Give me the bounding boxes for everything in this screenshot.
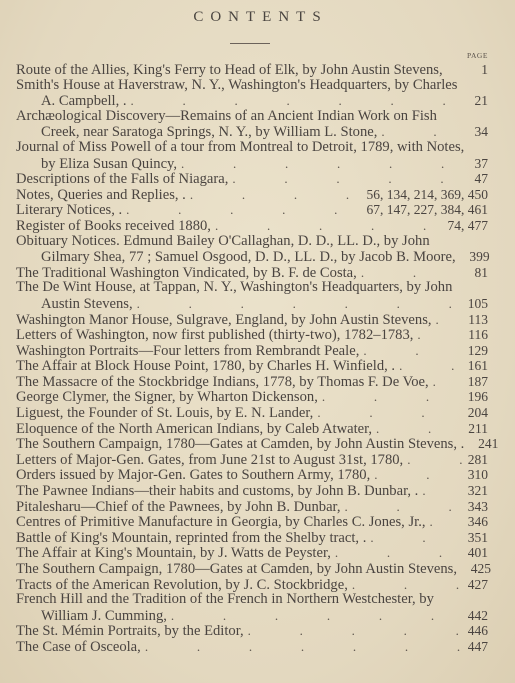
dot-leader (413, 327, 464, 343)
entry-page-number: 346 (464, 514, 488, 530)
entry-page-number: 56, 134, 214, 369, 450 (367, 187, 489, 203)
entry-page-number: 241 (474, 436, 498, 452)
entry-title: Gilmary Shea, 77 ; Samuel Osgood, D. D.,… (41, 250, 456, 266)
entry-page-number: 204 (464, 405, 488, 421)
dot-leader (177, 156, 464, 172)
entry-title-line: Letters of Washington, now first publish… (16, 327, 488, 343)
contents-entry: Tracts of the American Revolution, by J.… (16, 577, 488, 593)
title-divider (230, 43, 270, 44)
entry-page-number: 427 (464, 577, 488, 593)
entry-title-line: Eloquence of the North American Indians,… (16, 421, 488, 437)
entry-continuation-line: William J. Cumming,442 (16, 608, 488, 624)
entry-title-line: Route of the Allies, King's Ferry to Hea… (16, 62, 488, 78)
entry-title-line: Obituary Notices. Edmund Bailey O'Callag… (16, 234, 488, 250)
entry-page-number: 196 (464, 389, 488, 405)
dot-leader (426, 514, 465, 530)
entry-title: Austin Stevens, (41, 297, 133, 313)
dot-leader (313, 405, 464, 421)
entry-title: The Pawnee Indians—their habits and cust… (16, 484, 418, 500)
entry-title: William J. Cumming, (41, 609, 167, 625)
entry-page-number: 211 (464, 421, 488, 437)
entry-title: Pitalesharu—Chief of the Pawnees, by Joh… (16, 500, 340, 516)
entry-continuation-line: Creek, near Saratoga Springs, N. Y., by … (16, 124, 488, 140)
contents-entry: Washington Manor House, Sulgrave, Englan… (16, 312, 488, 328)
entry-page-number: 351 (464, 530, 488, 546)
entry-page-number: 129 (464, 343, 488, 359)
entry-page-number: 399 (466, 249, 490, 265)
entry-page-number: 187 (464, 374, 488, 390)
entry-title-line: The Southern Campaign, 1780—Gates at Cam… (16, 561, 488, 577)
entry-title: Notes, Queries and Replies, . (16, 188, 186, 204)
entry-title: Letters of Washington, now first publish… (16, 328, 413, 344)
entry-title-line: The De Wint House, at Tappan, N. Y., Was… (16, 280, 488, 296)
dot-leader (133, 296, 464, 312)
entry-page-number: 67, 147, 227, 384, 461 (367, 202, 489, 218)
contents-entry: The Southern Campaign, 1780—Gates at Cam… (16, 561, 488, 577)
contents-entry: The Massacre of the Stockbridge Indians,… (16, 374, 488, 390)
entry-title: The De Wint House, at Tappan, N. Y., Was… (16, 280, 452, 296)
contents-entry: Archæological Discovery—Remains of an An… (16, 109, 488, 140)
entry-title-line: The Case of Osceola,447 (16, 639, 488, 655)
entry-title-line: Washington Manor House, Sulgrave, Englan… (16, 312, 488, 328)
entry-title-line: The Traditional Washington Vindicated, b… (16, 265, 488, 281)
entry-title: Centres of Primitive Manufacture in Geor… (16, 515, 426, 531)
entry-title-line: Tracts of the American Revolution, by J.… (16, 577, 488, 593)
entry-title-line: Archæological Discovery—Remains of an An… (16, 109, 488, 125)
dot-leader (331, 545, 464, 561)
entry-title-line: Notes, Queries and Replies, .56, 134, 21… (16, 187, 488, 203)
entry-page-number: 343 (464, 499, 488, 515)
dot-leader (366, 530, 464, 546)
contents-entry: Literary Notices, .67, 147, 227, 384, 46… (16, 202, 488, 218)
contents-entry: Notes, Queries and Replies, .56, 134, 21… (16, 187, 488, 203)
entry-page-number: 161 (464, 358, 488, 374)
dot-leader (418, 483, 464, 499)
entry-page-number: 321 (464, 483, 488, 499)
entry-title: Archæological Discovery—Remains of an An… (16, 109, 437, 125)
entry-title: Washington Portraits—Four letters from R… (16, 344, 359, 360)
entry-title-line: The Massacre of the Stockbridge Indians,… (16, 374, 488, 390)
entry-continuation-line: A. Campbell, .21 (16, 93, 488, 109)
contents-entry: Liguest, the Founder of St. Louis, by E.… (16, 405, 488, 421)
entry-page-number: 1 (464, 62, 488, 78)
entry-page-number: 116 (464, 327, 488, 343)
contents-page: CONTENTS PAGE Route of the Allies, King'… (0, 0, 515, 683)
entry-title-line: The Affair at King's Mountain, by J. Wat… (16, 545, 488, 561)
entry-page-number: 425 (467, 561, 491, 577)
entry-title: by Eliza Susan Quincy, (41, 157, 177, 173)
entry-title: Eloquence of the North American Indians,… (16, 422, 372, 438)
entry-continuation-line: Gilmary Shea, 77 ; Samuel Osgood, D. D.,… (16, 249, 488, 265)
contents-entry: Centres of Primitive Manufacture in Geor… (16, 514, 488, 530)
entry-page-number: 310 (464, 467, 488, 483)
entry-title-line: Register of Books received 1880,74, 477 (16, 218, 488, 234)
entry-page-number: 105 (464, 296, 488, 312)
entry-continuation-line: by Eliza Susan Quincy,37 (16, 156, 488, 172)
entry-page-number: 446 (464, 623, 488, 639)
dot-leader (244, 623, 464, 639)
contents-entry: George Clymer, the Signer, by Wharton Di… (16, 389, 488, 405)
entry-title-line: Literary Notices, .67, 147, 227, 384, 46… (16, 202, 488, 218)
contents-entry: Orders issued by Major-Gen. Gates to Sou… (16, 467, 488, 483)
entry-title: The Massacre of the Stockbridge Indians,… (16, 375, 429, 391)
dot-leader (167, 608, 464, 624)
entry-title-line: Orders issued by Major-Gen. Gates to Sou… (16, 467, 488, 483)
entry-title: Liguest, the Founder of St. Louis, by E.… (16, 406, 313, 422)
entry-page-number: 21 (464, 93, 488, 109)
entry-title: Literary Notices, . (16, 203, 122, 219)
entry-title: Battle of King's Mountain, reprinted fro… (16, 531, 366, 547)
contents-entry: The Affair at King's Mountain, by J. Wat… (16, 545, 488, 561)
entry-page-number: 74, 477 (448, 218, 489, 234)
entry-title-line: Smith's House at Haverstraw, N. Y., Wash… (16, 78, 488, 94)
dot-leader (141, 639, 464, 655)
entry-title-line: Liguest, the Founder of St. Louis, by E.… (16, 405, 488, 421)
contents-entry: French Hill and the Tradition of the Fre… (16, 592, 488, 623)
dot-leader (429, 374, 464, 390)
dot-leader (318, 389, 464, 405)
dot-leader (370, 467, 464, 483)
contents-entry: Smith's House at Haverstraw, N. Y., Wash… (16, 78, 488, 109)
entry-title: Letters of Major-Gen. Gates, from June 2… (16, 453, 403, 469)
dot-leader (357, 265, 464, 281)
page-title: CONTENTS (0, 9, 515, 26)
dot-leader (377, 124, 464, 140)
entry-page-number: 81 (464, 265, 488, 281)
contents-entry: Battle of King's Mountain, reprinted fro… (16, 530, 488, 546)
entry-page-number: 442 (464, 608, 488, 624)
dot-leader (395, 358, 464, 374)
entry-title: French Hill and the Tradition of the Fre… (16, 592, 434, 608)
contents-entry: Eloquence of the North American Indians,… (16, 421, 488, 437)
contents-entry: Letters of Washington, now first publish… (16, 327, 488, 343)
entry-title-line: Centres of Primitive Manufacture in Geor… (16, 514, 488, 530)
dot-leader (211, 218, 448, 234)
dot-leader (348, 577, 464, 593)
contents-entry: The Affair at Block House Point, 1780, b… (16, 358, 488, 374)
dot-leader (340, 499, 464, 515)
contents-entry: Route of the Allies, King's Ferry to Hea… (16, 62, 488, 78)
dot-leader (372, 421, 464, 437)
entry-title-line: Journal of Miss Powell of a tour from Mo… (16, 140, 488, 156)
entry-title: Smith's House at Haverstraw, N. Y., Wash… (16, 78, 457, 94)
contents-entry: The St. Mémin Portraits, by the Editor,4… (16, 623, 488, 639)
contents-entry: The Case of Osceola,447 (16, 639, 488, 655)
entry-title-line: The St. Mémin Portraits, by the Editor,4… (16, 623, 488, 639)
contents-entry: Obituary Notices. Edmund Bailey O'Callag… (16, 234, 488, 265)
entry-title: George Clymer, the Signer, by Wharton Di… (16, 390, 318, 406)
entry-title-line: Pitalesharu—Chief of the Pawnees, by Joh… (16, 499, 488, 515)
entry-title: The Southern Campaign, 1780—Gates at Cam… (16, 437, 464, 453)
entry-title-line: The Affair at Block House Point, 1780, b… (16, 358, 488, 374)
entry-page-number: 113 (464, 312, 488, 328)
entry-page-number: 281 (464, 452, 488, 468)
entry-title-line: George Clymer, the Signer, by Wharton Di… (16, 389, 488, 405)
contents-entry: Descriptions of the Falls of Niagara,47 (16, 171, 488, 187)
entry-page-number: 34 (464, 124, 488, 140)
dot-leader (403, 452, 464, 468)
entry-title: The St. Mémin Portraits, by the Editor, (16, 624, 244, 640)
contents-entry: Washington Portraits—Four letters from R… (16, 343, 488, 359)
entry-title-line: The Southern Campaign, 1780—Gates at Cam… (16, 436, 488, 452)
entry-title: The Affair at Block House Point, 1780, b… (16, 359, 395, 375)
entry-title-line: Descriptions of the Falls of Niagara,47 (16, 171, 488, 187)
dot-leader (122, 202, 366, 218)
entry-page-number: 37 (464, 156, 488, 172)
dot-leader (127, 93, 464, 109)
entry-title: The Case of Osceola, (16, 640, 141, 656)
entry-title-line: The Pawnee Indians—their habits and cust… (16, 483, 488, 499)
contents-entry: Journal of Miss Powell of a tour from Mo… (16, 140, 488, 171)
entry-page-number: 47 (464, 171, 488, 187)
contents-entry: Letters of Major-Gen. Gates, from June 2… (16, 452, 488, 468)
contents-list: Route of the Allies, King's Ferry to Hea… (16, 62, 488, 655)
page-column-label: PAGE (467, 51, 488, 60)
dot-leader (359, 343, 464, 359)
contents-entry: The Southern Campaign, 1780—Gates at Cam… (16, 436, 488, 452)
entry-page-number: 401 (464, 545, 488, 561)
entry-title-line: Battle of King's Mountain, reprinted fro… (16, 530, 488, 546)
dot-leader (432, 312, 464, 328)
contents-entry: The Pawnee Indians—their habits and cust… (16, 483, 488, 499)
entry-title: Orders issued by Major-Gen. Gates to Sou… (16, 468, 370, 484)
entry-title-line: Washington Portraits—Four letters from R… (16, 343, 488, 359)
entry-title-line: French Hill and the Tradition of the Fre… (16, 592, 488, 608)
entry-title: Obituary Notices. Edmund Bailey O'Callag… (16, 234, 430, 250)
entry-title-line: Letters of Major-Gen. Gates, from June 2… (16, 452, 488, 468)
entry-title: Descriptions of the Falls of Niagara, (16, 172, 228, 188)
contents-entry: The Traditional Washington Vindicated, b… (16, 265, 488, 281)
entry-page-number: 447 (464, 639, 488, 655)
contents-entry: Register of Books received 1880,74, 477 (16, 218, 488, 234)
contents-entry: Pitalesharu—Chief of the Pawnees, by Joh… (16, 499, 488, 515)
entry-title: The Southern Campaign, 1780—Gates at Cam… (16, 562, 457, 578)
entry-title: Journal of Miss Powell of a tour from Mo… (16, 140, 464, 156)
entry-continuation-line: Austin Stevens,105 (16, 296, 488, 312)
contents-entry: The De Wint House, at Tappan, N. Y., Was… (16, 280, 488, 311)
entry-title: Washington Manor House, Sulgrave, Englan… (16, 313, 432, 329)
dot-leader (228, 171, 464, 187)
dot-leader (186, 187, 367, 203)
entry-title: The Affair at King's Mountain, by J. Wat… (16, 546, 331, 562)
